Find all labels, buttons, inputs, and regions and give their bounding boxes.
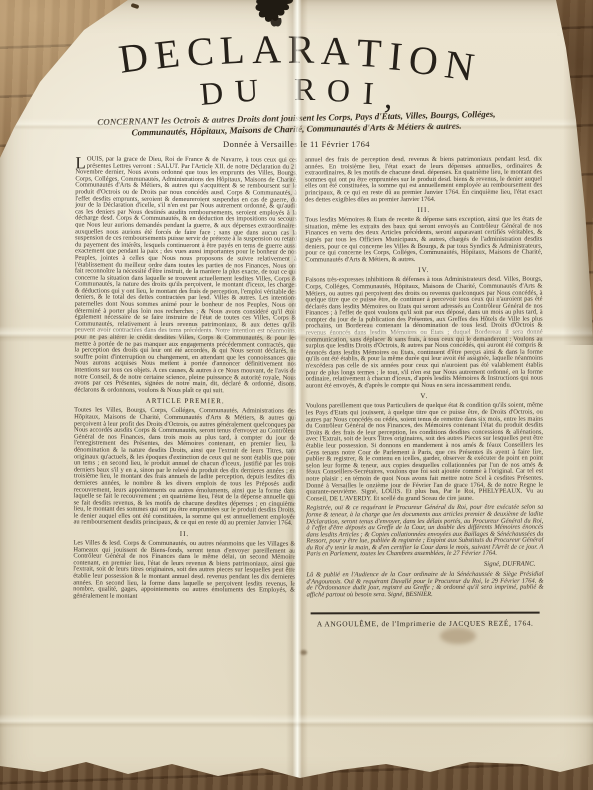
body-paragraph-article-4: Faisons très-expresses inhibitions & déf… (305, 277, 542, 390)
printed-content: DECLARATION DU ROI, CONCERNANT les Octro… (0, 0, 593, 790)
imprint-line: A ANGOULÊME, de l'Imprimerie de JACQUES … (307, 619, 544, 629)
body-paragraph-article-1: Toutes les Villes, Bourgs, Corps, Collég… (74, 408, 297, 528)
dateline: Donnée à Versailles le 11 Février 1764 (0, 139, 593, 149)
left-column: LOUIS, par la grace de Dieu, Roi de Fran… (73, 156, 298, 713)
body-paragraph-article-5: Voulons pareillement que tous Particulie… (306, 403, 543, 503)
heading-article-5: V. (306, 392, 543, 402)
heading-article-4: IV. (305, 266, 542, 276)
heading-article-3: III. (305, 206, 542, 216)
photo-scene: DECLARATION DU ROI, CONCERNANT les Octro… (0, 0, 593, 790)
heading-article-premier: ARTICLE PREMIER. (74, 397, 296, 407)
body-paragraph-article-3: Tous lesdits Mémoires & Etats de recette… (305, 217, 542, 264)
paper-sheet: DECLARATION DU ROI, CONCERNANT les Octro… (0, 0, 593, 790)
body-paragraph-preamble: LOUIS, par la grace de Dieu, Roi de Fran… (74, 156, 297, 395)
document-title-line2: DU ROI, (0, 72, 593, 106)
heading-article-2: II. (73, 529, 295, 539)
imprint-divider-rule (311, 612, 540, 615)
publication-note: Lû & publié en l'Audience de la Cour ord… (306, 572, 543, 599)
body-paragraph-article-2: Les Villes & lesd. Corps & Communautés, … (73, 540, 295, 601)
body-paragraph-article-2-continued: annuel des frais de perception desd. rev… (305, 157, 542, 204)
right-column: annuel des frais de perception desd. rev… (305, 157, 544, 713)
registration-signature: Signé, DUFRANC. (306, 561, 535, 569)
document-subtitle: CONCERNANT les Octrois & autres Droits d… (0, 107, 593, 141)
document-title: DECLARATION (0, 30, 593, 70)
registration-note: Registrée, ouï & ce requérant le Procure… (306, 505, 543, 559)
two-column-body: LOUIS, par la grace de Dieu, Roi de Fran… (0, 149, 593, 713)
